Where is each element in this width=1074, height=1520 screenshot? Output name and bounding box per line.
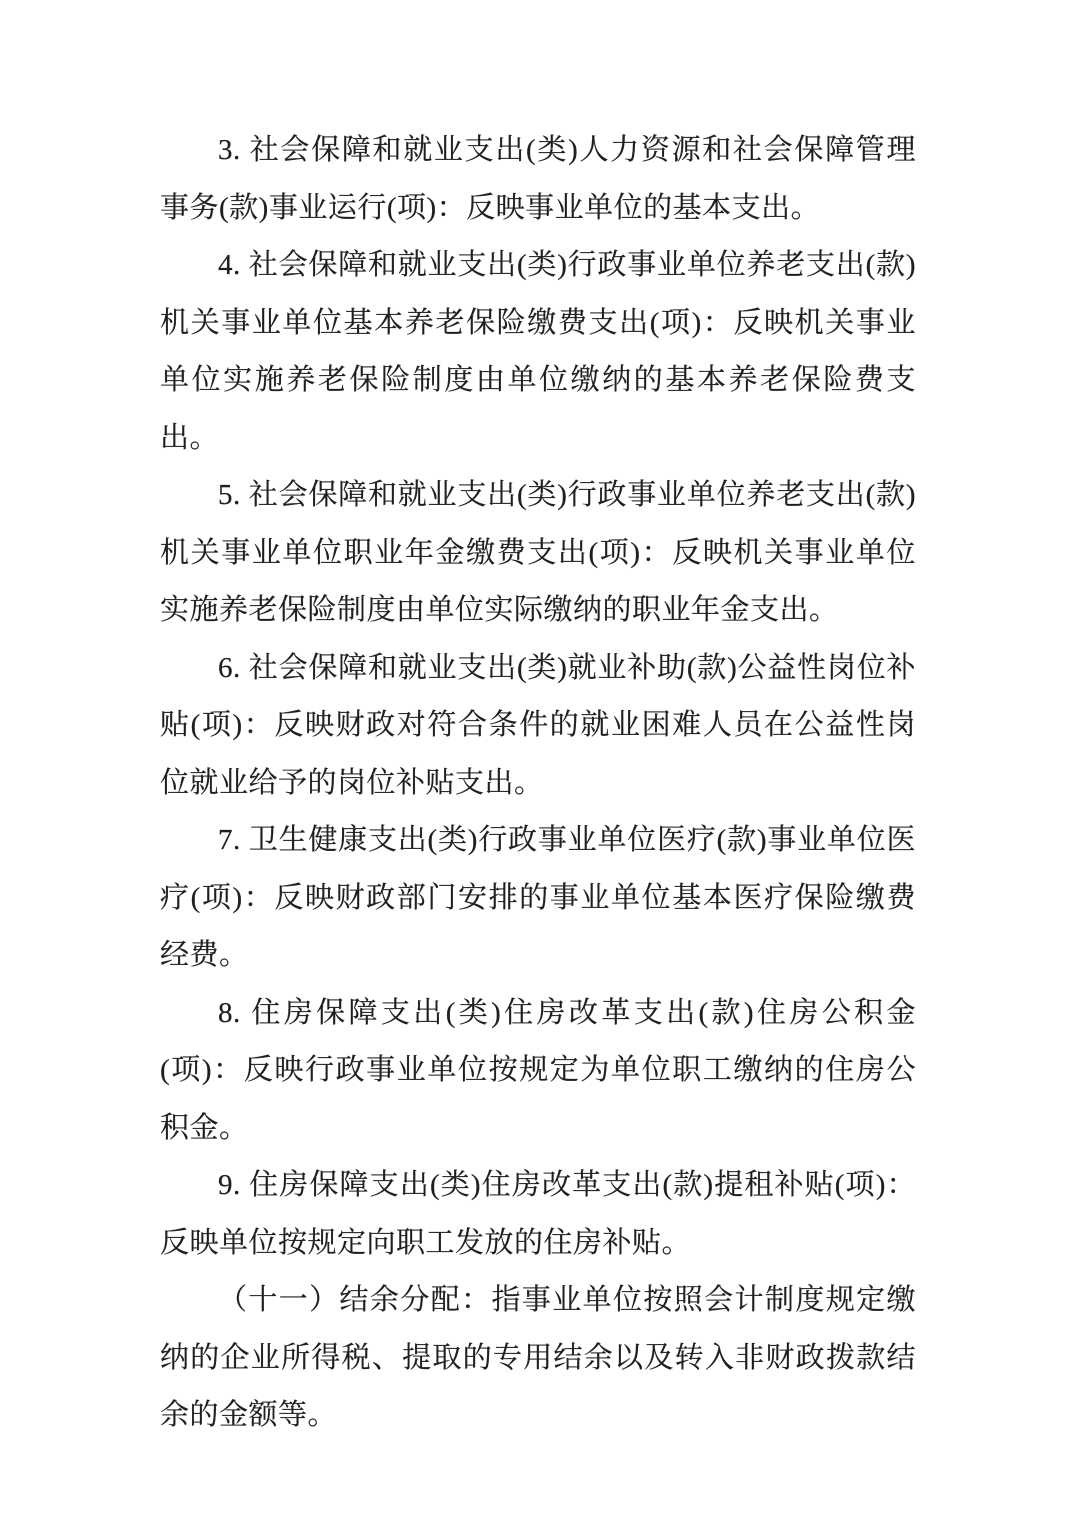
paragraph-item-9: 9. 住房保障支出(类)住房改革支出(款)提租补贴(项)：反映单位按规定向职工发… bbox=[160, 1157, 916, 1272]
paragraph-item-11: （十一）结余分配：指事业单位按照会计制度规定缴纳的企业所得税、提取的专用结余以及… bbox=[160, 1272, 916, 1445]
paragraph-item-4: 4. 社会保障和就业支出(类)行政事业单位养老支出(款)机关事业单位基本养老保险… bbox=[160, 237, 916, 467]
paragraph-item-7: 7. 卫生健康支出(类)行政事业单位医疗(款)事业单位医疗(项)：反映财政部门安… bbox=[160, 812, 916, 985]
document-body: 3. 社会保障和就业支出(类)人力资源和社会保障管理事务(款)事业运行(项)：反… bbox=[160, 122, 916, 1445]
paragraph-item-6: 6. 社会保障和就业支出(类)就业补助(款)公益性岗位补贴(项)：反映财政对符合… bbox=[160, 640, 916, 813]
paragraph-item-5: 5. 社会保障和就业支出(类)行政事业单位养老支出(款)机关事业单位职业年金缴费… bbox=[160, 467, 916, 640]
document-page: 3. 社会保障和就业支出(类)人力资源和社会保障管理事务(款)事业运行(项)：反… bbox=[0, 0, 1074, 1520]
paragraph-item-3: 3. 社会保障和就业支出(类)人力资源和社会保障管理事务(款)事业运行(项)：反… bbox=[160, 122, 916, 237]
paragraph-item-8: 8. 住房保障支出(类)住房改革支出(款)住房公积金(项)：反映行政事业单位按规… bbox=[160, 985, 916, 1158]
